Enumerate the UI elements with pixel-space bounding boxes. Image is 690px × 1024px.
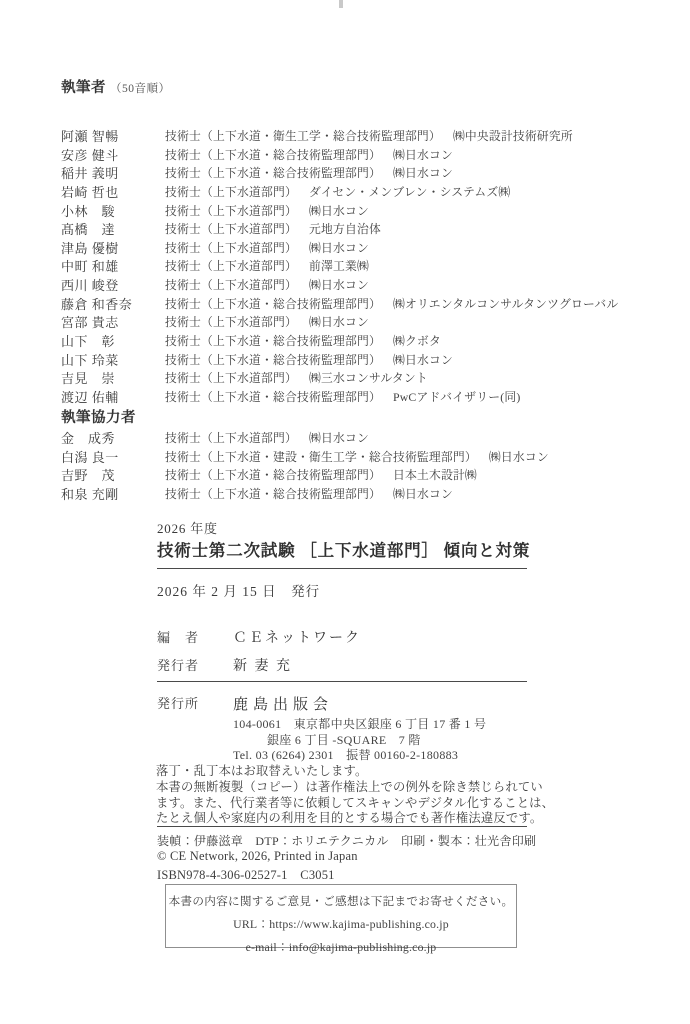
author-row: 山下 玲菜技術士（上下水道・総合技術監理部門）㈱日水コン [61,350,618,369]
author-company: ㈱日水コン [309,238,369,256]
divider-rule-bottom [157,826,527,827]
feedback-box: 本書の内容に関するご意見・ご感想は下記までお寄せください。 URL：https:… [165,884,517,948]
author-name: 白潟 良一 [61,447,165,466]
author-row: 宮部 貴志技術士（上下水道部門）㈱日水コン [61,312,618,331]
publisher-name: 新 妻 充 [233,655,292,675]
author-company: ㈱日水コン [393,484,453,502]
author-qualification: 技術士（上下水道・総合技術監理部門） [165,387,381,405]
copyright-notice: 本書の無断複製（コピー）は著作権法上での例外を除き禁じられてい ます。また、代行… [156,780,596,827]
author-company: ㈱日水コン [393,163,453,181]
author-row: 小林 駿技術士（上下水道部門）㈱日水コン [61,201,618,220]
production-credits: 装幀：伊藤滋章 DTP：ホリエテクニカル 印刷・製本：壮光舎印刷 [157,832,536,849]
author-name: 安彦 健斗 [61,145,165,164]
author-qualification: 技術士（上下水道・建設・衛生工学・総合技術監理部門） [165,447,477,465]
author-company: ㈱オリエンタルコンサルタンツグローバル [393,294,618,312]
author-name: 吉野 茂 [61,465,165,484]
author-row: 吉野 茂技術士（上下水道・総合技術監理部門）日本土木設計㈱ [61,465,549,484]
author-qualification: 技術士（上下水道部門） [165,238,297,256]
edition-year: 2026 年度 [157,518,218,537]
author-qualification: 技術士（上下水道部門） [165,368,297,386]
author-qualification: 技術士（上下水道・総合技術監理部門） [165,465,381,483]
author-name: 髙橋 達 [61,219,165,238]
author-row: 岩崎 哲也技術士（上下水道部門）ダイセン・メンブレン・システムズ㈱ [61,182,618,201]
author-name: 和泉 充剛 [61,484,165,503]
author-row: 阿瀬 智暢技術士（上下水道・衛生工学・総合技術監理部門）㈱中央設計技術研究所 [61,126,618,145]
author-company: PwCアドバイザリー(同) [393,387,521,405]
publisher-address-line1: 104-0061 東京都中央区銀座 6 丁目 17 番 1 号 [233,715,486,732]
author-row: 和泉 充剛技術士（上下水道・総合技術監理部門）㈱日水コン [61,484,549,503]
author-qualification: 技術士（上下水道・総合技術監理部門） [165,294,381,312]
author-name: 津島 優樹 [61,238,165,257]
feedback-message: 本書の内容に関するご意見・ご感想は下記までお寄せください。 [169,893,514,909]
authors-sort-note: （50音順） [110,83,171,95]
author-company: 元地方自治体 [309,219,381,237]
author-qualification: 技術士（上下水道・総合技術監理部門） [165,484,381,502]
author-name: 渡辺 佑輔 [61,387,165,406]
author-name: 稲井 義明 [61,163,165,182]
author-name: 西川 峻登 [61,275,165,294]
book-title: 技術士第二次試験 ［上下水道部門］ 傾向と対策 [157,537,530,561]
author-name: 山下 玲菜 [61,350,165,369]
author-company: ㈱日水コン [309,312,369,330]
authors-section-title: 執筆者 [61,80,106,96]
author-company: ㈱三水コンサルタント [309,368,428,386]
author-name: 吉見 崇 [61,368,165,387]
author-qualification: 技術士（上下水道部門） [165,428,297,446]
author-company: 前澤工業㈱ [309,256,369,274]
contributors-list: 金 成秀技術士（上下水道部門）㈱日水コン白潟 良一技術士（上下水道・建設・衛生工… [61,428,549,503]
scan-artifact [339,0,343,8]
contributors-section-header: 執筆協力者 [61,406,136,427]
author-qualification: 技術士（上下水道・衛生工学・総合技術監理部門） [165,126,441,144]
author-name: 藤倉 和香奈 [61,294,165,313]
contributors-section-title: 執筆協力者 [61,410,136,426]
author-name: 金 成秀 [61,428,165,447]
author-row: 渡辺 佑輔技術士（上下水道・総合技術監理部門）PwCアドバイザリー(同) [61,387,618,406]
publishing-office-row: 発行所 鹿島出版会 [157,693,333,714]
author-qualification: 技術士（上下水道部門） [165,219,297,237]
author-row: 山下 彰技術士（上下水道・総合技術監理部門）㈱クボタ [61,331,618,350]
author-name: 岩崎 哲也 [61,182,165,201]
author-company: ㈱日水コン [309,201,369,219]
author-row: 安彦 健斗技術士（上下水道・総合技術監理部門）㈱日水コン [61,145,618,164]
publisher-label: 発行者 [157,655,233,675]
author-company: ㈱日水コン [309,275,369,293]
author-name: 阿瀬 智暢 [61,126,165,145]
author-qualification: 技術士（上下水道部門） [165,312,297,330]
authors-list: 阿瀬 智暢技術士（上下水道・衛生工学・総合技術監理部門）㈱中央設計技術研究所安彦… [61,126,618,406]
author-name: 小林 駿 [61,201,165,220]
author-row: 西川 峻登技術士（上下水道部門）㈱日水コン [61,275,618,294]
editor-row: 編 者 ＣＥネットワーク [157,627,361,647]
isbn-line: ISBN978-4-306-02527-1 C3051 [157,865,335,883]
publisher-email[interactable]: e-mail：info@kajima-publishing.co.jp [246,938,437,955]
authors-section-header: 執筆者（50音順） [61,76,171,97]
author-company: 日本土木設計㈱ [393,465,477,483]
editor-label: 編 者 [157,627,233,647]
divider-rule-top [157,568,527,569]
author-qualification: 技術士（上下水道・総合技術監理部門） [165,331,381,349]
author-company: ㈱日水コン [309,428,369,446]
publisher-tel-line: Tel. 03 (6264) 2301 振替 00160-2-180883 [233,746,458,763]
divider-rule-middle [157,681,527,682]
author-row: 金 成秀技術士（上下水道部門）㈱日水コン [61,428,549,447]
publication-date: 2026 年 2 月 15 日 発行 [157,580,320,600]
author-company: ㈱日水コン [393,350,453,368]
publishing-office-label: 発行所 [157,693,233,714]
author-qualification: 技術士（上下水道・総合技術監理部門） [165,145,381,163]
author-company: ダイセン・メンブレン・システムズ㈱ [309,182,510,200]
author-qualification: 技術士（上下水道・総合技術監理部門） [165,350,381,368]
author-qualification: 技術士（上下水道部門） [165,182,297,200]
author-row: 藤倉 和香奈技術士（上下水道・総合技術監理部門）㈱オリエンタルコンサルタンツグロ… [61,294,618,313]
publishing-office-name: 鹿島出版会 [233,693,333,714]
author-row: 吉見 崇技術士（上下水道部門）㈱三水コンサルタント [61,368,618,387]
replacement-notice: 落丁・乱丁本はお取替えいたします。 [156,764,596,780]
author-qualification: 技術士（上下水道部門） [165,275,297,293]
author-qualification: 技術士（上下水道・総合技術監理部門） [165,163,381,181]
editor-name: ＣＥネットワーク [233,627,361,647]
author-qualification: 技術士（上下水道部門） [165,201,297,219]
author-name: 中町 和雄 [61,256,165,275]
author-qualification: 技術士（上下水道部門） [165,256,297,274]
copyright-line: © CE Network, 2026, Printed in Japan [157,849,358,864]
author-row: 白潟 良一技術士（上下水道・建設・衛生工学・総合技術監理部門）㈱日水コン [61,447,549,466]
author-row: 髙橋 達技術士（上下水道部門）元地方自治体 [61,219,618,238]
author-row: 中町 和雄技術士（上下水道部門）前澤工業㈱ [61,256,618,275]
author-company: ㈱日水コン [489,447,549,465]
author-row: 津島 優樹技術士（上下水道部門）㈱日水コン [61,238,618,257]
author-name: 山下 彰 [61,331,165,350]
publisher-url[interactable]: URL：https://www.kajima-publishing.co.jp [233,915,449,932]
author-row: 稲井 義明技術士（上下水道・総合技術監理部門）㈱日水コン [61,163,618,182]
author-company: ㈱クボタ [393,331,441,349]
author-company: ㈱中央設計技術研究所 [453,126,573,144]
publisher-row: 発行者 新 妻 充 [157,655,292,675]
colophon-page: 執筆者（50音順） 阿瀬 智暢技術士（上下水道・衛生工学・総合技術監理部門）㈱中… [0,0,690,1024]
author-company: ㈱日水コン [393,145,453,163]
author-name: 宮部 貴志 [61,312,165,331]
